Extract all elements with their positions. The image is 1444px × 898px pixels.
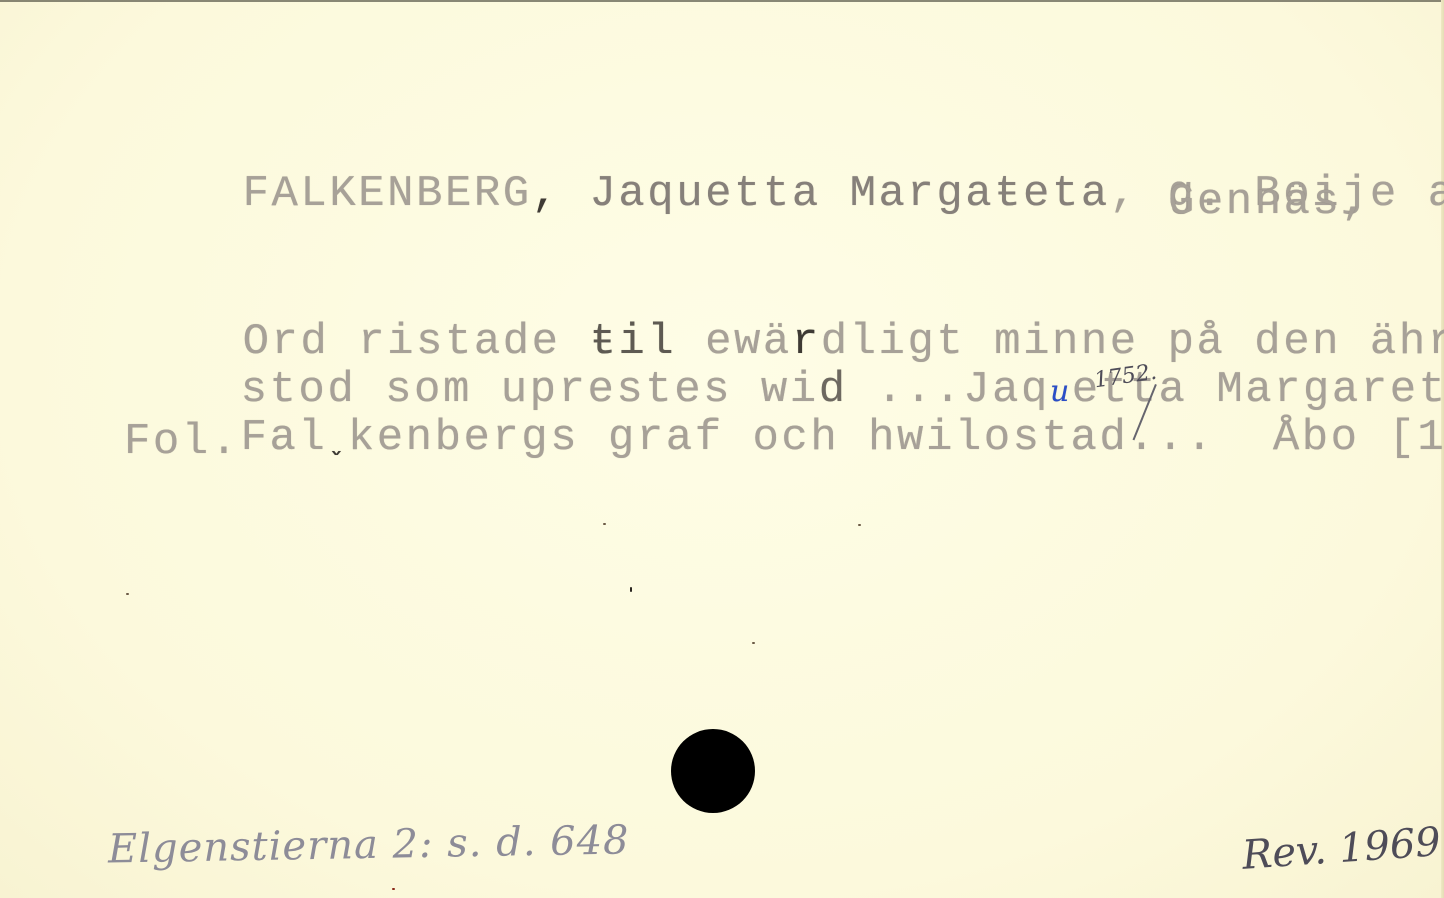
insertion-mark: ˬ <box>327 425 348 459</box>
body-text: Åbo [1752 <box>1273 413 1444 463</box>
speck <box>392 888 395 890</box>
card-top-edge <box>0 0 1444 2</box>
speck <box>126 593 129 595</box>
body-line-4: Fol. <box>124 420 240 464</box>
heading-surname: FALKENBERG <box>243 169 532 219</box>
body-text: kenbergs graf och hwilostad... <box>348 413 1215 463</box>
catalog-card: FALKENBERG, Jaquetta Margaŧeta, g. Boije… <box>0 0 1444 898</box>
speck <box>603 523 606 525</box>
body-line-3: Falˬkenbergs graf och hwilostad... Åbo [… <box>125 372 1444 504</box>
punch-hole-icon <box>671 729 755 813</box>
handwritten-revision: Rev. 1969 <box>1241 819 1443 879</box>
handwritten-reference: Elgenstierna 2: s. d. 648 <box>108 817 630 872</box>
heading-line-2: Gennäs, <box>1168 180 1370 224</box>
speck <box>858 524 861 526</box>
heading-given-names: Jaquetta Margaŧeta <box>561 169 1110 219</box>
speck <box>630 587 632 592</box>
body-text: Fal <box>241 413 328 463</box>
heading-comma: , <box>532 169 561 219</box>
speck <box>752 642 755 644</box>
